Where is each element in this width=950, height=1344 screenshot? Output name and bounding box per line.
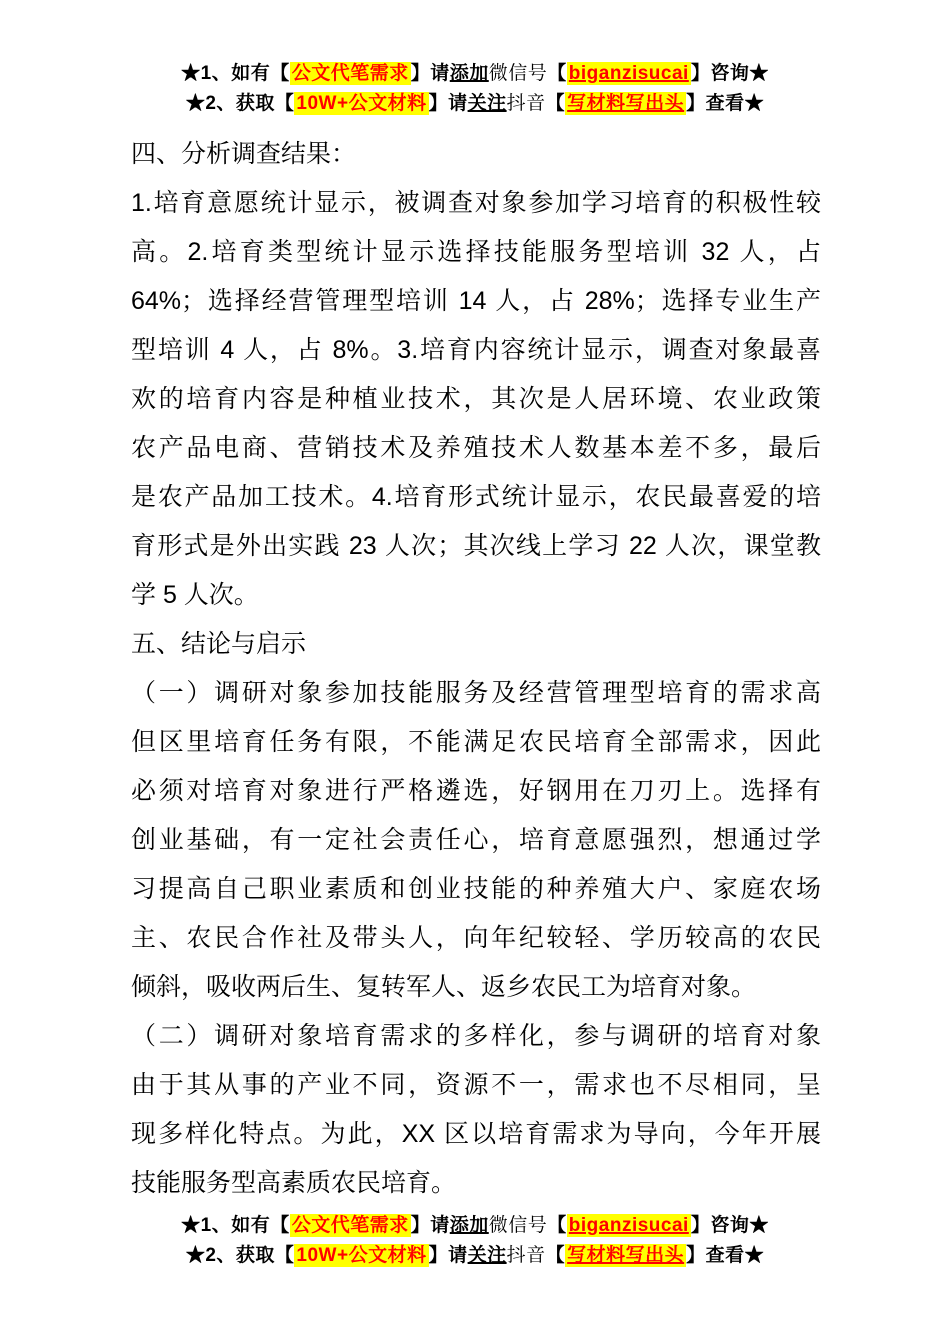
promo-douyin-id: 写材料写出头: [565, 92, 686, 115]
promo-header-line-2: ★2、获取【10W+公文材料】请关注抖音【写材料写出头】查看★: [0, 89, 950, 119]
promo-text: ★2、获取【: [186, 93, 295, 114]
promo-wechat-id: biganzisucai: [567, 62, 691, 85]
promo-highlight-materials: 10W+公文材料: [294, 1244, 428, 1267]
promo-highlight-materials: 10W+公文材料: [294, 92, 428, 115]
body-line: （一）调研对象参加技能服务及经营管理型培育的需求高: [131, 669, 821, 718]
promo-text: 】咨询★: [691, 63, 769, 84]
promo-text: 【: [546, 93, 566, 114]
body-line: 技能服务型高素质农民培育。: [131, 1159, 821, 1208]
body-line: 主、农民合作社及带头人，向年纪较轻、学历较高的农民: [131, 914, 821, 963]
promo-underlined-action: 添加: [450, 63, 489, 84]
body-line: 1.培育意愿统计显示，被调查对象参加学习培育的积极性较: [131, 179, 821, 228]
promo-header-line-1: ★1、如有【公文代笔需求】请添加微信号【biganzisucai】咨询★: [0, 59, 950, 89]
promo-underlined-action: 添加: [450, 1215, 489, 1236]
promo-text: 微信号: [489, 1215, 548, 1236]
promo-header: ★1、如有【公文代笔需求】请添加微信号【biganzisucai】咨询★ ★2、…: [0, 59, 950, 119]
body-line: 但区里培育任务有限，不能满足农民培育全部需求，因此: [131, 718, 821, 767]
promo-footer: ★1、如有【公文代笔需求】请添加微信号【biganzisucai】咨询★ ★2、…: [0, 1211, 950, 1271]
body-line: 必须对培育对象进行严格遴选，好钢用在刀刃上。选择有: [131, 767, 821, 816]
promo-text: 【: [547, 1215, 567, 1236]
body-line: 创业基础，有一定社会责任心，培育意愿强烈，想通过学: [131, 816, 821, 865]
document-body: 四、分析调查结果： 1.培育意愿统计显示，被调查对象参加学习培育的积极性较 高。…: [131, 130, 821, 1208]
promo-highlight-service: 公文代笔需求: [290, 1214, 411, 1237]
promo-text: 】查看★: [686, 1245, 764, 1266]
promo-text: 微信号: [489, 63, 548, 84]
promo-text: 【: [546, 1245, 566, 1266]
body-line: 习提高自己职业素质和创业技能的种养殖大户、家庭农场: [131, 865, 821, 914]
promo-text: 】请: [411, 63, 450, 84]
body-line: 型培训 4 人，占 8%。3.培育内容统计显示，调查对象最喜: [131, 326, 821, 375]
promo-text: 】请: [429, 93, 468, 114]
body-line: 由于其从事的产业不同，资源不一，需求也不尽相同，呈: [131, 1061, 821, 1110]
promo-text: 】咨询★: [691, 1215, 769, 1236]
promo-wechat-id: biganzisucai: [567, 1214, 691, 1237]
document-page: ★1、如有【公文代笔需求】请添加微信号【biganzisucai】咨询★ ★2、…: [0, 0, 950, 1344]
body-line: 欢的培育内容是种植业技术，其次是人居环境、农业政策: [131, 375, 821, 424]
promo-text: 】请: [429, 1245, 468, 1266]
promo-text: 】查看★: [686, 93, 764, 114]
promo-text: 抖音: [507, 93, 546, 114]
body-line: 高。2.培育类型统计显示选择技能服务型培训 32 人，占: [131, 228, 821, 277]
promo-douyin-id: 写材料写出头: [565, 1244, 686, 1267]
promo-underlined-action: 关注: [468, 93, 507, 114]
promo-footer-line-2: ★2、获取【10W+公文材料】请关注抖音【写材料写出头】查看★: [0, 1241, 950, 1271]
promo-footer-line-1: ★1、如有【公文代笔需求】请添加微信号【biganzisucai】咨询★: [0, 1211, 950, 1241]
promo-text: 【: [547, 63, 567, 84]
body-line: 育形式是外出实践 23 人次；其次线上学习 22 人次，课堂教: [131, 522, 821, 571]
promo-text: ★2、获取【: [186, 1245, 295, 1266]
promo-text: ★1、如有【: [181, 1215, 290, 1236]
body-line: 倾斜，吸收两后生、复转军人、返乡农民工为培育对象。: [131, 963, 821, 1012]
promo-text: 】请: [411, 1215, 450, 1236]
body-line: 64%；选择经营管理型培训 14 人，占 28%；选择专业生产: [131, 277, 821, 326]
promo-text: ★1、如有【: [181, 63, 290, 84]
body-line: 农产品电商、营销技术及养殖技术人数基本差不多，最后: [131, 424, 821, 473]
body-line: （二）调研对象培育需求的多样化，参与调研的培育对象: [131, 1012, 821, 1061]
section-heading: 五、结论与启示: [131, 620, 821, 669]
promo-underlined-action: 关注: [468, 1245, 507, 1266]
body-line: 现多样化特点。为此，XX 区以培育需求为导向，今年开展: [131, 1110, 821, 1159]
section-heading: 四、分析调查结果：: [131, 130, 821, 179]
body-line: 学 5 人次。: [131, 571, 821, 620]
promo-highlight-service: 公文代笔需求: [290, 62, 411, 85]
body-line: 是农产品加工技术。4.培育形式统计显示，农民最喜爱的培: [131, 473, 821, 522]
promo-text: 抖音: [507, 1245, 546, 1266]
